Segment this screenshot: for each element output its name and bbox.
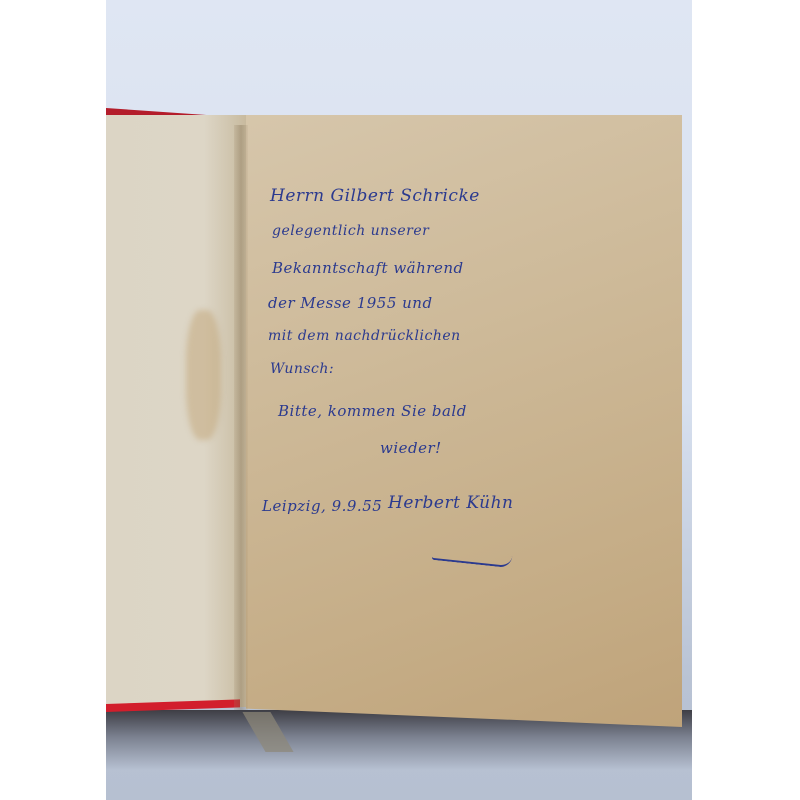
left-endpaper: [106, 115, 246, 707]
photo: Herrn Gilbert Schricke gelegentlich unse…: [106, 0, 692, 800]
signature: Herbert Kühn: [388, 493, 514, 513]
inscription-line: mit dem nachdrücklichen: [268, 328, 461, 344]
inscription-line: Bitte, kommen Sie bald: [278, 402, 467, 420]
book-gutter: [234, 125, 248, 710]
place-date: Leipzig, 9.9.55: [262, 497, 382, 515]
inscription-line: gelegentlich unserer: [272, 223, 429, 239]
inscription-line: der Messe 1955 und: [268, 294, 433, 312]
inscription-line: Bekanntschaft während: [272, 259, 464, 277]
inscription-line: Herrn Gilbert Schricke: [270, 186, 480, 206]
right-flyleaf: [246, 115, 682, 727]
inscription-line: wieder!: [380, 439, 442, 457]
inscription-line: Wunsch:: [270, 361, 334, 377]
page-stain: [186, 310, 221, 440]
